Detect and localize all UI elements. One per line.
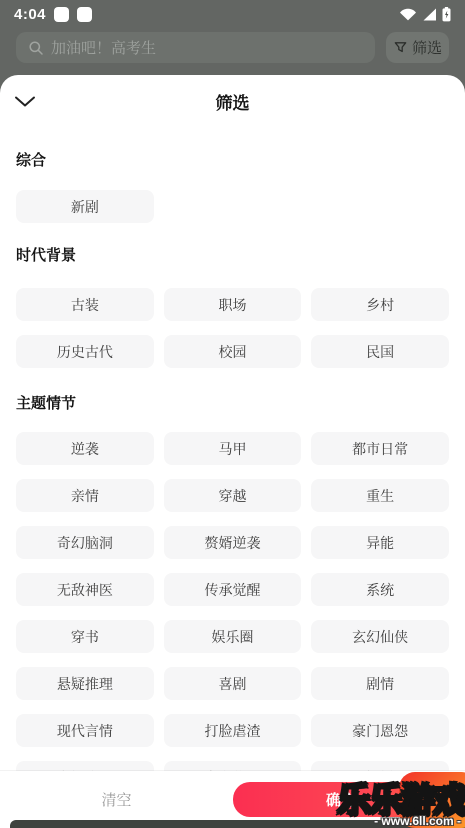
section-title-era: 时代背景 [16,247,465,265]
filter-chip[interactable]: 赘婿逆袭 [164,526,302,559]
filter-chip[interactable]: 新剧 [16,190,154,223]
filter-chip[interactable]: 古装 [16,288,154,321]
filter-chip[interactable]: 重生 [311,479,449,512]
battery-charging-icon [442,7,451,22]
section-title-comprehensive: 综合 [16,152,465,170]
filter-chip[interactable]: 民国 [311,335,449,368]
search-placeholder: 加油吧！高考生 [51,37,156,58]
filter-chip[interactable]: 豪门恩怨 [311,714,449,747]
filter-chip[interactable]: 穿书 [16,620,154,653]
filter-chip[interactable]: 异能 [311,526,449,559]
notification-app-icon [54,7,69,22]
chip-grid-era: 古装 职场 乡村 历史古代 校园 民国 [16,288,449,368]
confirm-button[interactable]: 确定 [233,782,449,817]
filter-chip[interactable]: 历史古代 [16,335,154,368]
filter-chip[interactable]: 喜剧 [164,667,302,700]
search-row: 加油吧！高考生 筛选 [16,32,449,63]
filter-sheet: 筛选 综合 新剧 时代背景 古装 职场 乡村 历史古代 校园 民国 主题情节 逆… [0,75,465,828]
status-bar: 4:04 [0,0,465,28]
filter-chip[interactable]: 娱乐圈 [164,620,302,653]
filter-chip[interactable]: 马甲 [164,432,302,465]
filter-chip[interactable]: 乡村 [311,288,449,321]
screen: 4:04 加油吧！高考生 筛选 筛选 综合 新剧 [0,0,465,828]
status-time: 4:04 [14,6,46,23]
filter-chip[interactable]: 都市日常 [311,432,449,465]
sheet-title: 筛选 [216,89,250,114]
filter-chip[interactable]: 无敌神医 [16,573,154,606]
chevron-down-icon [14,95,36,108]
sheet-header: 筛选 [0,89,465,113]
chip-grid-theme: 逆袭 马甲 都市日常 亲情 穿越 重生 奇幻脑洞 赘婿逆袭 异能 无敌神医 传承… [16,432,449,794]
section-title-theme: 主题情节 [16,395,465,413]
search-icon [28,40,44,56]
cellular-signal-icon [422,8,437,21]
filter-chip[interactable]: 现代言情 [16,714,154,747]
filter-chip[interactable]: 穿越 [164,479,302,512]
filter-chip[interactable]: 逆袭 [16,432,154,465]
funnel-icon [393,40,408,55]
clear-button[interactable]: 清空 [0,789,233,810]
search-input[interactable]: 加油吧！高考生 [16,32,375,63]
filter-chip[interactable]: 系统 [311,573,449,606]
filter-chip[interactable]: 传承觉醒 [164,573,302,606]
filter-chip[interactable]: 玄幻仙侠 [311,620,449,653]
filter-chip[interactable]: 职场 [164,288,302,321]
collapse-sheet-button[interactable] [14,89,44,113]
filter-chip[interactable]: 剧情 [311,667,449,700]
filter-chip[interactable]: 打脸虐渣 [164,714,302,747]
notification-app-icon [77,7,92,22]
gesture-navigation-bar[interactable] [10,820,465,828]
filter-button-label: 筛选 [412,37,442,58]
chip-grid-comprehensive: 新剧 [16,190,449,223]
wifi-icon [399,8,417,21]
filter-chip[interactable]: 悬疑推理 [16,667,154,700]
filter-chip[interactable]: 校园 [164,335,302,368]
filter-chip[interactable]: 奇幻脑洞 [16,526,154,559]
filter-button[interactable]: 筛选 [386,32,449,63]
filter-chip[interactable]: 亲情 [16,479,154,512]
status-icons [399,7,451,22]
